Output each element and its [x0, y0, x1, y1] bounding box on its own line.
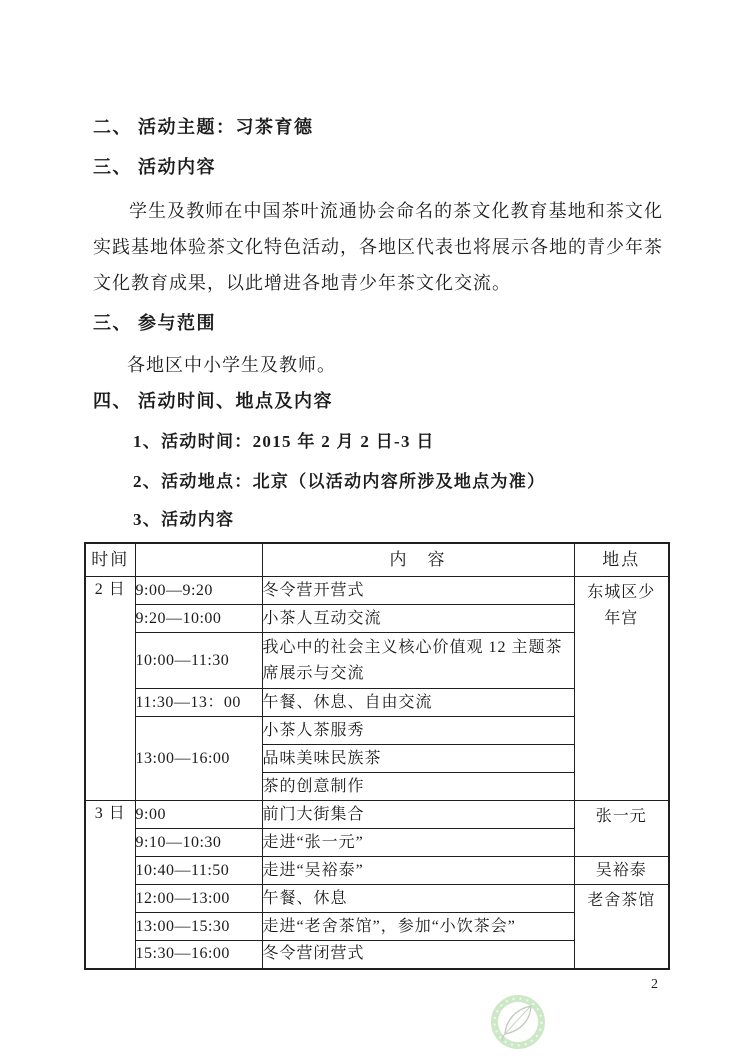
cell-location: 东城区少年宫: [574, 577, 669, 801]
heading-activity-content: 三、 活动内容: [93, 153, 216, 179]
cell-activity: 午餐、休息: [262, 885, 574, 913]
cell-activity: 小茶人茶服秀: [262, 717, 574, 745]
cell-time: 13:00—15:30: [135, 913, 262, 941]
heading-activity-theme: 二、 活动主题：习茶育德: [93, 113, 314, 139]
cell-activity: 冬令营开营式: [262, 577, 574, 605]
table-row: 12:00—13:00午餐、休息老舍茶馆: [85, 885, 669, 913]
column-header: 内 容: [262, 543, 574, 577]
cell-time: 13:00—16:00: [135, 717, 262, 801]
schedule-table: 时间内 容地点 2 日9:00—9:20冬令营开营式东城区少年宫9:20—10:…: [84, 542, 670, 970]
table-row: 10:40—11:50走进“吴裕泰”吴裕泰: [85, 857, 669, 885]
cell-activity: 走进“吴裕泰”: [262, 857, 574, 885]
cell-time: 9:00—9:20: [135, 577, 262, 605]
cell-activity: 我心中的社会主义核心价值观 12 主题茶席展示与交流: [262, 633, 574, 689]
leaf-circle-seal-icon: [490, 994, 546, 1050]
column-header: 地点: [574, 543, 669, 577]
cell-activity: 冬令营闭营式: [262, 941, 574, 969]
cell-time: 10:00—11:30: [135, 633, 262, 689]
cell-time: 9:20—10:00: [135, 605, 262, 633]
list-item-activity-content: 3、活动内容: [133, 505, 234, 530]
page-number: 2: [651, 977, 658, 993]
table-row: 2 日9:00—9:20冬令营开营式东城区少年宫: [85, 577, 669, 605]
column-header: [135, 543, 262, 577]
cell-time: 12:00—13:00: [135, 885, 262, 913]
cell-activity: 前门大街集合: [262, 801, 574, 829]
cell-activity: 走进“老舍茶馆”，参加“小饮茶会”: [262, 913, 574, 941]
cell-activity: 午餐、休息、自由交流: [262, 689, 574, 717]
cell-time: 9:00: [135, 801, 262, 829]
list-item-activity-time: 1、活动时间：2015 年 2 月 2 日-3 日: [133, 427, 435, 452]
cell-activity: 品味美味民族茶: [262, 745, 574, 773]
list-item-activity-place: 2、活动地点：北京（以活动内容所涉及地点为准）: [133, 467, 545, 492]
paragraph-scope: 各地区中小学生及教师。: [127, 347, 336, 383]
cell-activity: 茶的创意制作: [262, 773, 574, 801]
table-header-row: 时间内 容地点: [85, 543, 669, 577]
cell-day: 2 日: [85, 577, 135, 801]
heading-participation-scope: 三、 参与范围: [93, 309, 216, 335]
cell-time: 9:10—10:30: [135, 829, 262, 857]
document-page: 二、 活动主题：习茶育德 三、 活动内容 学生及教师在中国茶叶流通协会命名的茶文…: [0, 0, 750, 1060]
column-header: 时间: [85, 543, 135, 577]
table-row: 3 日9:00前门大街集合张一元: [85, 801, 669, 829]
cell-activity: 小茶人互动交流: [262, 605, 574, 633]
cell-day: 3 日: [85, 801, 135, 969]
cell-location: 吴裕泰: [574, 857, 669, 885]
cell-time: 15:30—16:00: [135, 941, 262, 969]
heading-schedule: 四、 活动时间、地点及内容: [93, 387, 333, 413]
cell-activity: 走进“张一元”: [262, 829, 574, 857]
cell-time: 10:40—11:50: [135, 857, 262, 885]
cell-time: 11:30—13：00: [135, 689, 262, 717]
paragraph-activity-intro: 学生及教师在中国茶叶流通协会命名的茶文化教育基地和茶文化实践基地体验茶文化特色活…: [93, 193, 663, 301]
cell-location: 老舍茶馆: [574, 885, 669, 969]
cell-location: 张一元: [574, 801, 669, 857]
